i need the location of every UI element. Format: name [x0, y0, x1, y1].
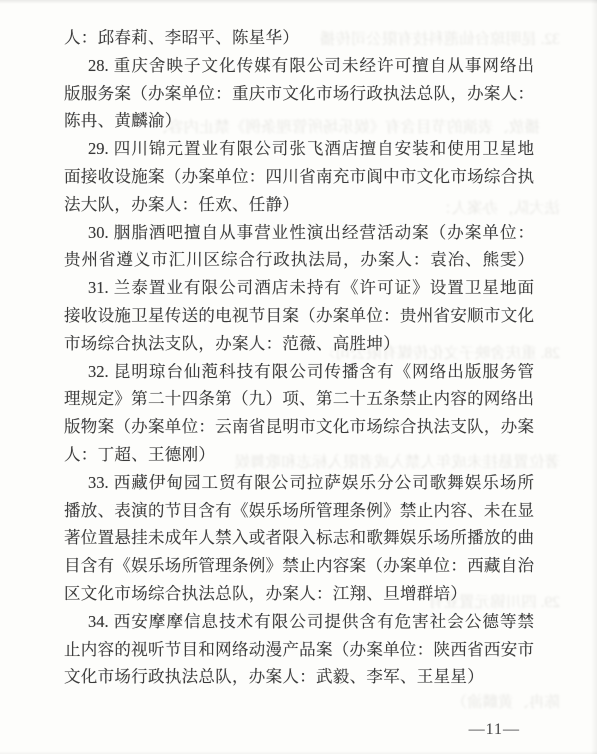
- doc-line-12: 市场综合执法支队，办案人：范薇、高胜坤）: [64, 330, 534, 358]
- scanned-document-page: 32. 昆明琼台仙萢科技有限公司传播含有《网络出版服务管 播放、表演的节目含有《…: [0, 0, 597, 754]
- doc-line-3: 版服务案（办案单位：重庆市文化市场行政执法总队，办案人：: [64, 80, 534, 108]
- document-body: 人：邱春莉、李昭平、陈星华） 28. 重庆舍映子文化传媒有限公司未经许可擅自从事…: [64, 24, 534, 691]
- doc-line-4: 陈冉、黄麟渝）: [64, 107, 534, 135]
- doc-line-2: 28. 重庆舍映子文化传媒有限公司未经许可擅自从事网络出: [64, 52, 534, 80]
- bleedthrough-artifact: 陈冉、黄麟渝）: [400, 692, 560, 714]
- doc-line-21: 区文化市场综合执法总队，办案人：江翔、旦增群培）: [64, 580, 534, 608]
- doc-line-11: 接收设施卫星传送的电视节目案（办案单位：贵州省安顺市文化: [64, 302, 534, 330]
- doc-line-6: 面接收设施案（办案单位：四川省南充市阆中市文化市场综合执: [64, 163, 534, 191]
- doc-line-8: 30. 胭脂酒吧擅自从事营业性演出经营活动案（办案单位：: [64, 219, 534, 247]
- doc-line-22: 34. 西安摩摩信息技术有限公司提供含有危害社会公德等禁: [64, 608, 534, 636]
- doc-line-23: 止内容的视听节目和网络动漫产品案（办案单位：陕西省西安市: [64, 636, 534, 664]
- doc-line-18: 播放、表演的节目含有《娱乐场所管理条例》禁止内容、未在显: [64, 497, 534, 525]
- doc-line-9: 贵州省遵义市汇川区综合行政执法局，办案人：袁冶、熊雯）: [64, 246, 534, 274]
- doc-line-15: 版物案（办案单位：云南省昆明市文化市场综合执法支队，办案: [64, 413, 534, 441]
- scan-edge-top: [0, 0, 597, 4]
- page-number: —11—: [469, 721, 520, 739]
- doc-line-24: 文化市场行政执法总队，办案人：武毅、李军、王星星）: [64, 663, 534, 691]
- scan-edge-right: [591, 0, 597, 754]
- doc-line-10: 31. 兰泰置业有限公司酒店未持有《许可证》设置卫星地面: [64, 274, 534, 302]
- doc-line-19: 著位置悬挂未成年人禁入或者限入标志和歌舞娱乐场所播放的曲: [64, 524, 534, 552]
- doc-line-5: 29. 四川锦元置业有限公司张飞酒店擅自安装和使用卫星地: [64, 135, 534, 163]
- doc-line-1: 人：邱春莉、李昭平、陈星华）: [64, 24, 534, 52]
- doc-line-7: 法大队，办案人：任欢、任静）: [64, 191, 534, 219]
- doc-line-20: 目含有《娱乐场所管理条例》禁止内容案（办案单位：西藏自治: [64, 552, 534, 580]
- doc-line-14: 理规定》第二十四条第（九）项、第二十五条禁止内容的网络出: [64, 385, 534, 413]
- doc-line-16: 人：丁超、王德刚）: [64, 441, 534, 469]
- doc-line-17: 33. 西藏伊甸园工贸有限公司拉萨娱乐分公司歌舞娱乐场所: [64, 469, 534, 497]
- doc-line-13: 32. 昆明琼台仙萢科技有限公司传播含有《网络出版服务管: [64, 358, 534, 386]
